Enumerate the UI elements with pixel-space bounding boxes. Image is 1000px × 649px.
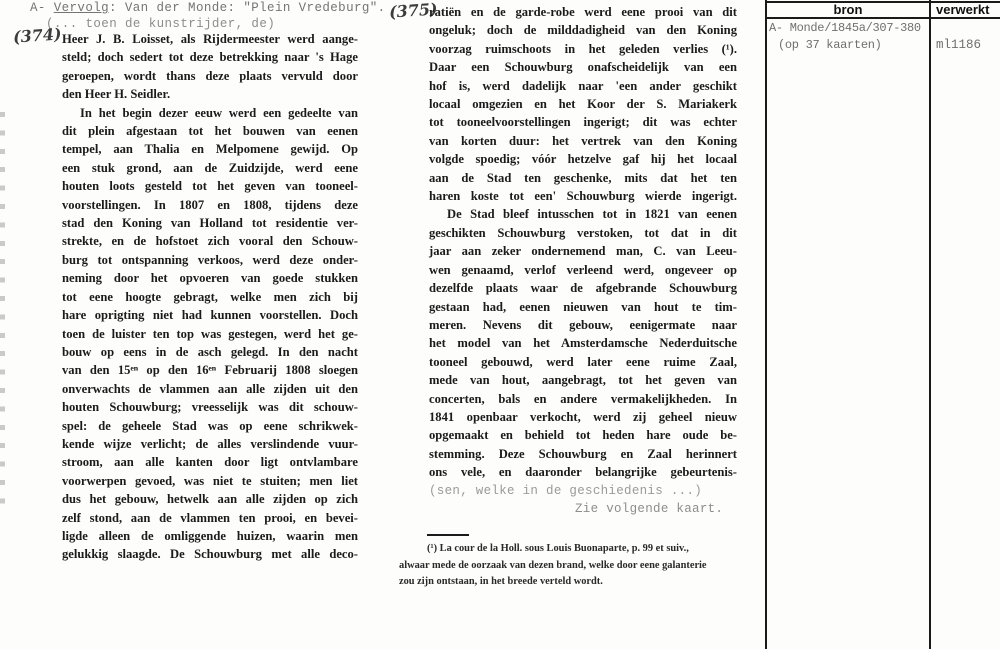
printed-line: (sen, welke in de geschiedenis ...) bbox=[429, 482, 737, 500]
entry-number-374: (374) bbox=[12, 24, 62, 46]
printed-line: De Stad bleef intusschen tot in 1821 van… bbox=[429, 205, 737, 223]
printed-line: ligde alleen de omliggende huizen, waari… bbox=[62, 527, 358, 545]
printed-line: jaar aan zeker ondernemend man, C. van L… bbox=[429, 242, 737, 260]
printed-line: geschikten Schouwburg verstoken, tot dat… bbox=[429, 224, 737, 242]
verwerkt-cell: ml1186 bbox=[936, 38, 981, 52]
table-header-separator bbox=[765, 17, 1000, 19]
bron-cell-line: (op 37 kaarten) bbox=[769, 37, 929, 54]
table-border-left bbox=[765, 0, 767, 649]
printed-line: ongeluk; doch de milddadigheid van den K… bbox=[429, 21, 737, 39]
middle-text-column: ratiën en de garde-robe werd eene prooi … bbox=[429, 3, 737, 518]
printed-line: bouw op eens in de asch gelegd. In den n… bbox=[62, 343, 358, 361]
printed-line: stad den Koning van Holland tot resident… bbox=[62, 214, 358, 232]
footnote-rule bbox=[427, 534, 469, 536]
printed-line: In het begin dezer eeuw werd een gedeelt… bbox=[62, 104, 358, 122]
printed-line: voorwerpen gevoed, was niet te stuiten; … bbox=[62, 472, 358, 490]
printed-line: burg tot ontspanning verkoos, werd deze … bbox=[62, 251, 358, 269]
printed-line: tot eene hoogte gebragt, welke men zich … bbox=[62, 288, 358, 306]
printed-line: ratiën en de garde-robe werd eene prooi … bbox=[429, 3, 737, 21]
verwerkt-column-header: verwerkt bbox=[936, 2, 989, 17]
printed-line: steld; doch sedert tot deze betrekking n… bbox=[62, 48, 358, 66]
footnote: (¹) La cour de la Holl. sous Louis Buona… bbox=[399, 534, 745, 591]
printed-line: zelf stond, aan de vlammen ten prooi, en… bbox=[62, 509, 358, 527]
printed-line: den Heer H. Seidler. bbox=[62, 85, 358, 103]
printed-line: aan de Stad ten geschenke, mits dat het … bbox=[429, 169, 737, 187]
printed-line: volgde spoedig; vóór hetzelve gaf hij he… bbox=[429, 150, 737, 168]
printed-line: houten loots gesteld tot het geven van t… bbox=[62, 177, 358, 195]
printed-line: geroepen, wordt thans deze plaats vervul… bbox=[62, 67, 358, 85]
printed-line: haren koste tot een' Schouwburg wierde i… bbox=[429, 187, 737, 205]
printed-line: een stuk grond, aan de Zuidzijde, werd e… bbox=[62, 159, 358, 177]
printed-line: tooneel gebouwd, werd later eene ruime Z… bbox=[429, 353, 737, 371]
printed-line: gestaan had, eenen nieuwen van hout te t… bbox=[429, 298, 737, 316]
printed-line: stemming. Deze Schouwburg en Zaal herinn… bbox=[429, 445, 737, 463]
printed-line: onverwachts de vlammen aan alle zijden u… bbox=[62, 380, 358, 398]
printed-line: voorstellingen. In 1807 en 1808, tijdens… bbox=[62, 196, 358, 214]
printed-line: Heer J. B. Loisset, als Rijdermeester we… bbox=[62, 30, 358, 48]
footnote-line: alwaar mede de oorzaak van dezen brand, … bbox=[399, 558, 745, 575]
printed-line: voorzag ruimschoots in het geleden verli… bbox=[429, 40, 737, 58]
printed-line: toen de luister ten top was gestegen, we… bbox=[62, 325, 358, 343]
printed-line: Daar een Schouwburg onafscheidelijk van … bbox=[429, 58, 737, 76]
printed-line: meren. Nevens dit gebouw, eenigermate na… bbox=[429, 316, 737, 334]
bron-column-header: bron bbox=[767, 2, 929, 17]
footnote-lines: (¹) La cour de la Holl. sous Louis Buona… bbox=[399, 541, 745, 591]
footnote-line: zou zijn ontstaan, in het breede verteld… bbox=[399, 574, 745, 591]
table-column-divider bbox=[929, 0, 931, 649]
bron-cell: A- Monde/1845a/307-380(op 37 kaarten) bbox=[769, 20, 929, 53]
left-text-column: Heer J. B. Loisset, als Rijdermeester we… bbox=[62, 30, 358, 564]
printed-line: strekte, en de hofstoet zich vooral den … bbox=[62, 232, 358, 250]
continuation-header-line1: A- Vervolg: Van der Monde: "Plein Vredeb… bbox=[30, 1, 386, 15]
continuation-header-vervolg: Vervolg bbox=[54, 1, 109, 15]
printed-line: stroom, aan alle kanten door ligt ontvla… bbox=[62, 453, 358, 471]
printed-line: wen genaamd, verlof verleend werd, ongev… bbox=[429, 261, 737, 279]
printed-line: dit plein afgestaan tot het bouwen van e… bbox=[62, 122, 358, 140]
printed-line: spel: de geheele Stad was op eene schrik… bbox=[62, 417, 358, 435]
printed-line: houten Schouwburg; vreesselijk was dit s… bbox=[62, 398, 358, 416]
bron-cell-line: A- Monde/1845a/307-380 bbox=[769, 20, 929, 37]
printed-line: het model van het Amsterdamsche Nederdui… bbox=[429, 334, 737, 352]
continuation-header-line2: (... toen de kunstrijder, de) bbox=[46, 17, 275, 31]
printed-line: gelukkig slaagde. De Schouwburg met alle… bbox=[62, 545, 358, 563]
printed-line: kende wijze verlicht; de alles verslinde… bbox=[62, 435, 358, 453]
printed-line: van korten duur: het vertrek van den Kon… bbox=[429, 132, 737, 150]
printed-line: hof is, werd dadelijk naar 'een ander ge… bbox=[429, 77, 737, 95]
continuation-header-prefix: A- bbox=[30, 1, 54, 15]
printed-line: mede van hout, aangebragt, tot het geven… bbox=[429, 371, 737, 389]
printed-line: tot tooneelvoorstellingen ingerigt; dit … bbox=[429, 113, 737, 131]
archive-card-scan: A- Vervolg: Van der Monde: "Plein Vredeb… bbox=[0, 0, 1000, 649]
printed-line: tempel, aan Thalia en Melpomene gewijd. … bbox=[62, 140, 358, 158]
printed-line: ons vele, en daaronder belangrijke gebeu… bbox=[429, 463, 737, 481]
printed-line: neming door het opvoeren van goede stukk… bbox=[62, 269, 358, 287]
printed-line: dus het gebouw, hetwelk aan alle zijden … bbox=[62, 490, 358, 508]
printed-line: opgemaakt en behield tot heden hare oude… bbox=[429, 426, 737, 444]
printed-line: concerten, bals en andere vermakelijkhed… bbox=[429, 390, 737, 408]
continuation-header-rest: : Van der Monde: "Plein Vredeburg". bbox=[109, 1, 386, 15]
printed-line: van den 15ᵉⁿ op den 16ᵉⁿ Februarij 1808 … bbox=[62, 361, 358, 379]
printed-line: 1841 openbaar verkocht, werd zij geheel … bbox=[429, 408, 737, 426]
printed-line: hare oprigting niet had kunnen voorstell… bbox=[62, 306, 358, 324]
printed-line: dezelfde plaats waar de afgebrande Schou… bbox=[429, 279, 737, 297]
scan-edge-artifact bbox=[0, 112, 5, 512]
printed-line: Zie volgende kaart. bbox=[429, 500, 737, 518]
footnote-line: (¹) La cour de la Holl. sous Louis Buona… bbox=[399, 541, 745, 558]
printed-line: locaal omgezien en het Koor der S. Maria… bbox=[429, 95, 737, 113]
